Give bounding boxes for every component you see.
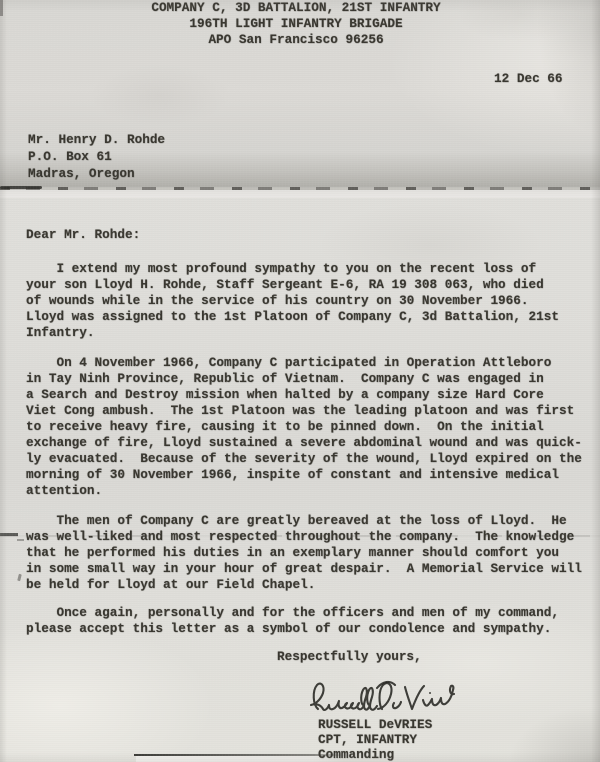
fold-crease-highlight: [0, 190, 600, 198]
body-paragraph-3: The men of Company C are greatly bereave…: [26, 513, 582, 593]
letter-page: COMPANY C, 3D BATTALION, 21ST INFANTRY19…: [0, 0, 600, 762]
lower-fold-edge-mark: [0, 533, 18, 536]
stray-ink-mark: [17, 574, 22, 582]
body-paragraph-2: On 4 November 1966, Company C participat…: [26, 355, 582, 499]
unit-header: COMPANY C, 3D BATTALION, 21ST INFANTRY19…: [0, 0, 592, 48]
lower-fold-tick-mark: [17, 539, 24, 541]
scan-bottom-edge-strip: [136, 756, 344, 762]
fold-crease-left-mark: [0, 186, 42, 189]
body-paragraph-4: Once again, personally and for the offic…: [26, 605, 559, 637]
date-line: 12 Dec 66: [494, 71, 563, 87]
handwritten-signature-icon: [308, 678, 460, 718]
complimentary-closing: Respectfully yours,: [277, 649, 422, 665]
recipient-address: Mr. Henry D. RohdeP.O. Box 61Madras, Ore…: [28, 131, 165, 182]
body-paragraph-1: I extend my most profound sympathy to yo…: [26, 261, 559, 341]
salutation: Dear Mr. Rohde:: [26, 227, 140, 243]
signature-block: RUSSELL DeVRIESCPT, INFANTRYCommanding: [318, 717, 432, 762]
